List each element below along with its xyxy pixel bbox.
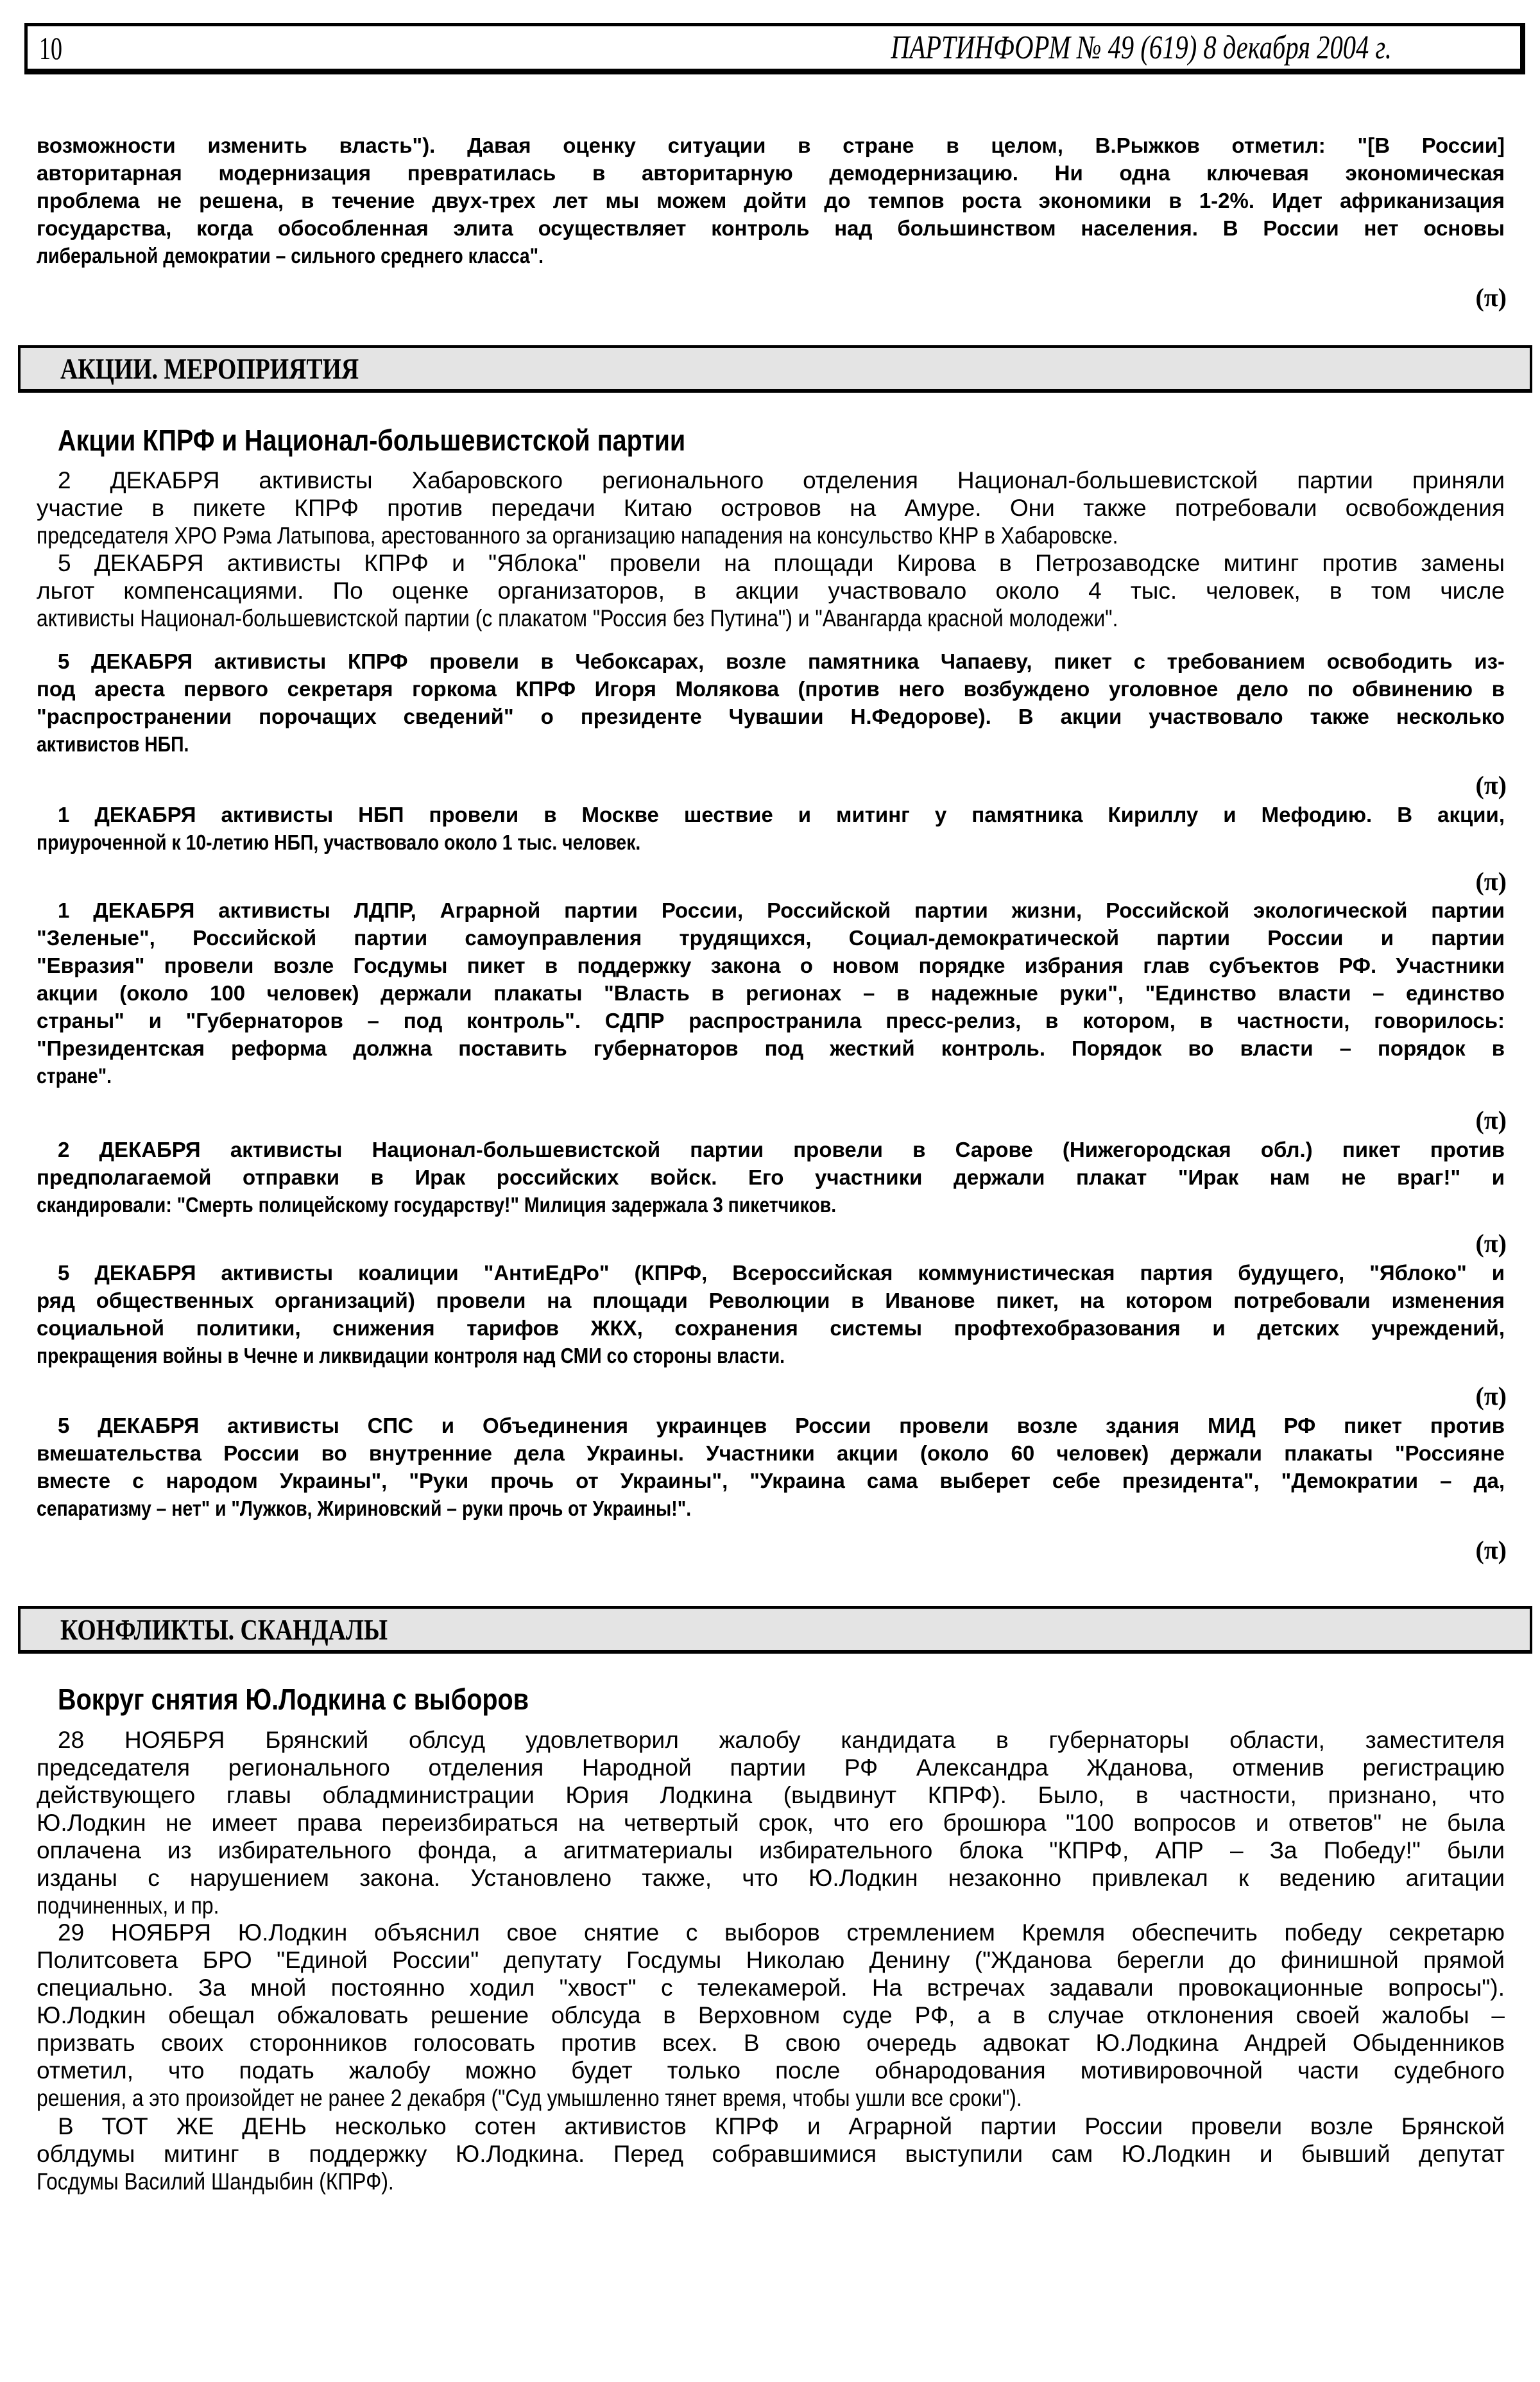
paragraph-line: активистов НБП. xyxy=(37,730,1505,758)
paragraph-line: прекращения войны в Чечне и ликвидации к… xyxy=(37,1342,1505,1369)
paragraph-line: под ареста первого секретаря горкома КПР… xyxy=(37,675,1505,703)
paragraph-line: оплачена из избирательного фонда, а агит… xyxy=(37,1837,1505,1864)
paragraph-line: подчиненных, и пр. xyxy=(37,1892,1505,1919)
paragraph-line: возможности изменить власть"). Давая оце… xyxy=(37,132,1505,159)
paragraph-line: авторитарная модернизация превратилась в… xyxy=(37,159,1505,187)
paragraph-line: стране". xyxy=(37,1062,1505,1090)
paragraph-line: облдумы митинг в поддержку Ю.Лодкина. Пе… xyxy=(37,2140,1505,2168)
paragraph-line: 5 ДЕКАБРЯ активисты СПС и Объединения ук… xyxy=(58,1412,1505,1439)
paragraph-line: 1 ДЕКАБРЯ активисты ЛДПР, Аграрной парти… xyxy=(58,896,1505,924)
source-mark: (π) xyxy=(1475,282,1507,313)
paragraph-line: специально. За мной постоянно ходил "хво… xyxy=(37,1974,1505,2001)
paragraph-line: 28 НОЯБРЯ Брянский облсуд удовлетворил ж… xyxy=(58,1726,1505,1754)
paragraph-line: участие в пикете КПРФ против передачи Ки… xyxy=(37,494,1505,522)
section-header: АКЦИИ. МЕРОПРИЯТИЯ xyxy=(18,345,1532,393)
paragraph-line: активисты Национал-большевистской партии… xyxy=(37,604,1505,632)
page-header: 10 ПАРТИНФОРМ № 49 (619) 8 декабря 2004 … xyxy=(24,23,1525,74)
page-number: 10 xyxy=(39,29,62,67)
paragraph-line: Ю.Лодкин не имеет права переизбираться н… xyxy=(37,1809,1505,1837)
paragraph-line: приуроченной к 10-летию НБП, участвовало… xyxy=(37,828,1505,856)
source-mark: (π) xyxy=(1475,1535,1507,1566)
article-heading: Вокруг снятия Ю.Лодкина с выборов xyxy=(58,1683,529,1716)
paragraph-line: Госдумы Василий Шандыбин (КПРФ). xyxy=(37,2168,1505,2195)
paragraph-line: "распространении порочащих сведений" о п… xyxy=(37,703,1505,730)
paragraph-line: государства, когда обособленная элита ос… xyxy=(37,214,1505,242)
issue-title: ПАРТИНФОРМ № 49 (619) 8 декабря 2004 г. xyxy=(891,29,1392,67)
source-mark: (π) xyxy=(1475,1381,1507,1412)
article-heading: Акции КПРФ и Национал-большевистской пар… xyxy=(58,424,685,457)
paragraph-line: льгот компенсациями. По оценке организат… xyxy=(37,577,1505,604)
paragraph-line: 5 ДЕКАБРЯ активисты КПРФ провели в Чебок… xyxy=(58,647,1505,675)
paragraph-line: 2 ДЕКАБРЯ активисты Национал-большевистс… xyxy=(58,1136,1505,1163)
paragraph-line: акции (около 100 человек) держали плакат… xyxy=(37,979,1505,1007)
source-mark: (π) xyxy=(1475,866,1507,897)
paragraph-line: 5 ДЕКАБРЯ активисты коалиции "АнтиЕдРо" … xyxy=(58,1259,1505,1287)
paragraph-line: 29 НОЯБРЯ Ю.Лодкин объяснил свое снятие … xyxy=(58,1919,1505,1946)
paragraph-line: действующего главы обладминистрации Юрия… xyxy=(37,1781,1505,1809)
paragraph-line: решения, а это произойдет не ранее 2 дек… xyxy=(37,2084,1505,2112)
paragraph-line: В ТОТ ЖЕ ДЕНЬ несколько сотен активистов… xyxy=(58,2112,1505,2140)
paragraph-line: ряд общественных организаций) провели на… xyxy=(37,1287,1505,1314)
paragraph-line: предполагаемой отправки в Ирак российски… xyxy=(37,1163,1505,1191)
paragraph-line: призвать своих сторонников голосовать пр… xyxy=(37,2029,1505,2057)
paragraph-line: 5 ДЕКАБРЯ активисты КПРФ и "Яблока" пров… xyxy=(58,549,1505,577)
paragraph-line: изданы с нарушением закона. Установлено … xyxy=(37,1864,1505,1892)
paragraph-line: вместе с народом Украины", "Руки прочь о… xyxy=(37,1467,1505,1495)
paragraph-line: "Евразия" провели возле Госдумы пикет в … xyxy=(37,952,1505,979)
paragraph-line: "Зеленые", Российской партии самоуправле… xyxy=(37,924,1505,952)
paragraph-line: председателя ХРО Рэма Латыпова, арестова… xyxy=(37,522,1505,549)
paragraph-line: Ю.Лодкин обещал обжаловать решение облсу… xyxy=(37,2001,1505,2029)
paragraph-line: скандировали: "Смерть полицейскому госуд… xyxy=(37,1191,1505,1219)
paragraph-line: страны" и "Губернаторов – под контроль".… xyxy=(37,1007,1505,1034)
paragraph-line: "Президентская реформа должна поставить … xyxy=(37,1034,1505,1062)
paragraph-line: социальной политики, снижения тарифов ЖК… xyxy=(37,1314,1505,1342)
paragraph-line: проблема не решена, в течение двух-трех … xyxy=(37,187,1505,214)
paragraph-line: председателя регионального отделения Нар… xyxy=(37,1754,1505,1781)
paragraph-line: Политсовета БРО "Единой России" депутату… xyxy=(37,1946,1505,1974)
source-mark: (π) xyxy=(1475,1105,1507,1136)
paragraph-line: 2 ДЕКАБРЯ активисты Хабаровского региона… xyxy=(58,467,1505,494)
section-title: АКЦИИ. МЕРОПРИЯТИЯ xyxy=(60,352,359,386)
section-title: КОНФЛИКТЫ. СКАНДАЛЫ xyxy=(60,1613,388,1647)
section-header: КОНФЛИКТЫ. СКАНДАЛЫ xyxy=(18,1606,1532,1654)
paragraph-line: сепаратизму – нет" и "Лужков, Жириновски… xyxy=(37,1495,1505,1522)
paragraph-line: отметил, что подать жалобу можно будет т… xyxy=(37,2057,1505,2084)
paragraph-line: 1 ДЕКАБРЯ активисты НБП провели в Москве… xyxy=(58,801,1505,828)
source-mark: (π) xyxy=(1475,770,1507,801)
paragraph-line: либеральной демократии – сильного средне… xyxy=(37,242,1505,270)
source-mark: (π) xyxy=(1475,1228,1507,1259)
paragraph-line: вмешательства России во внутренние дела … xyxy=(37,1439,1505,1467)
